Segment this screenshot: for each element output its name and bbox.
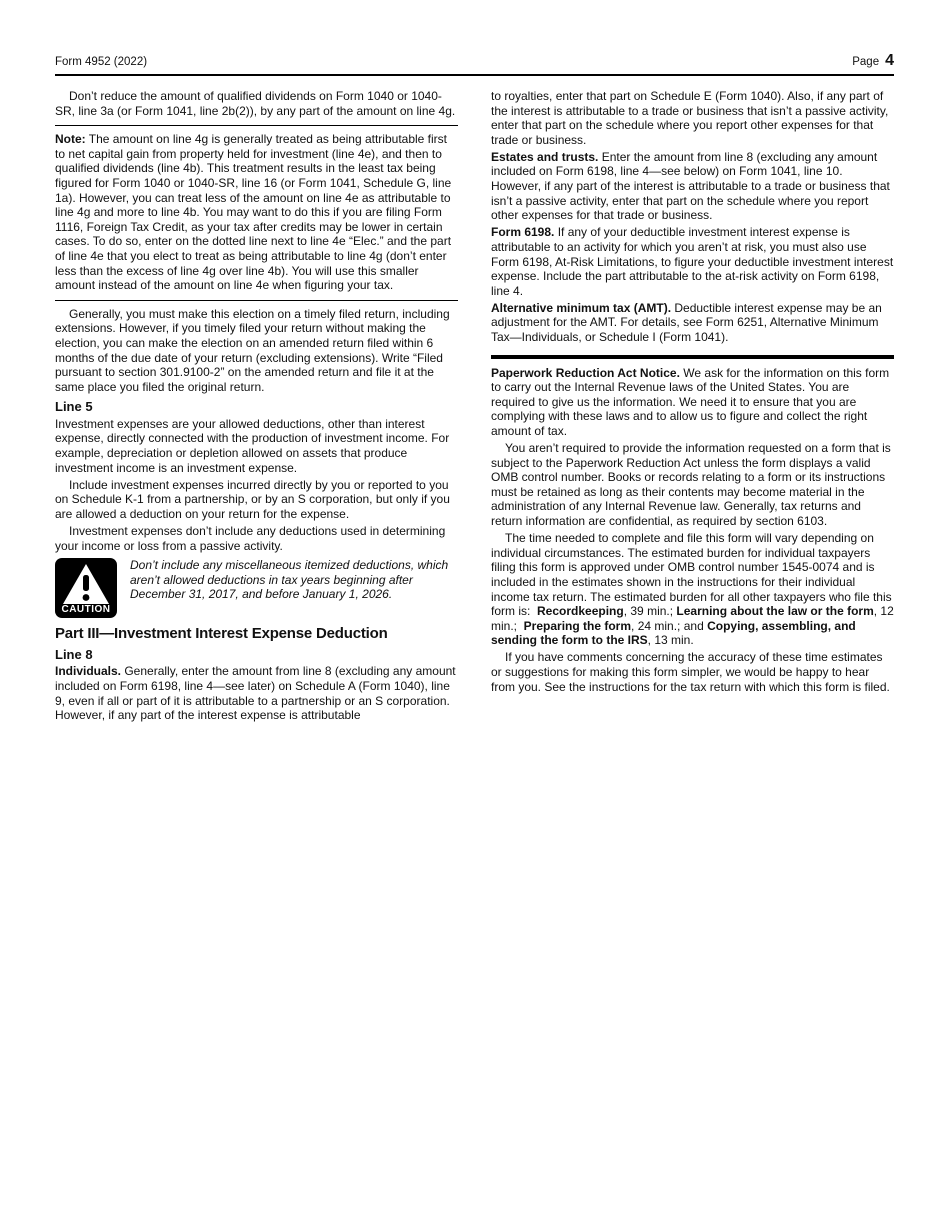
paragraph: Individuals. Generally, enter the amount… xyxy=(55,664,458,722)
text-run: Generally, you must make this election o… xyxy=(55,307,450,394)
text-run: You aren’t required to provide the infor… xyxy=(491,441,891,528)
page-label: Page xyxy=(852,56,879,68)
italic-text-run: Don’t include any miscellaneous itemized… xyxy=(130,558,448,601)
line-heading: Line 5 xyxy=(55,400,458,415)
caution-icon: CAUTION xyxy=(55,558,117,618)
part-heading: Part III—Investment Interest Expense Ded… xyxy=(55,627,458,642)
caution-text: Don’t include any miscellaneous itemized… xyxy=(130,558,458,602)
paragraph: Don’t reduce the amount of qualified div… xyxy=(55,89,458,118)
caution-note: CAUTIONDon’t include any miscellaneous i… xyxy=(55,558,458,618)
paragraph: to royalties, enter that part on Schedul… xyxy=(491,89,894,147)
paragraph: Form 6198. If any of your deductible inv… xyxy=(491,225,894,298)
paragraph: Paperwork Reduction Act Notice. We ask f… xyxy=(491,366,894,439)
paragraph: Note: The amount on line 4g is generally… xyxy=(55,132,458,293)
paragraph: Investment expenses are your allowed ded… xyxy=(55,417,458,475)
paragraph: Alternative minimum tax (AMT). Deductibl… xyxy=(491,301,894,345)
text-run: Investment expenses are your allowed ded… xyxy=(55,417,449,475)
bold-text-run: Estates and trusts. xyxy=(491,150,598,164)
text-run: , 24 min.; and xyxy=(631,619,707,633)
page-number: 4 xyxy=(885,52,894,69)
paragraph: If you have comments concerning the accu… xyxy=(491,650,894,694)
text-run: The amount on line 4g is generally treat… xyxy=(55,132,451,292)
text-run: , 13 min. xyxy=(648,633,694,647)
bold-text-run: Preparing the form xyxy=(524,619,631,633)
text-run: , 39 min.; xyxy=(624,604,677,618)
left-column: Don’t reduce the amount of qualified div… xyxy=(55,89,458,725)
bold-text-run: Individuals. xyxy=(55,664,121,678)
bold-text-run: Paperwork Reduction Act Notice. xyxy=(491,366,680,380)
paragraph: You aren’t required to provide the infor… xyxy=(491,441,894,529)
paragraph: The time needed to complete and file thi… xyxy=(491,531,894,648)
section-divider xyxy=(55,300,458,301)
two-column-body: Don’t reduce the amount of qualified div… xyxy=(55,89,894,725)
bold-text-run: Learning about the law or the form xyxy=(676,604,873,618)
line-heading: Line 8 xyxy=(55,648,458,663)
page-header: Form 4952 (2022) Page4 xyxy=(55,52,894,70)
text-run: to royalties, enter that part on Schedul… xyxy=(491,89,888,147)
document-page: Form 4952 (2022) Page4 Don’t reduce the … xyxy=(0,0,950,725)
right-column: to royalties, enter that part on Schedul… xyxy=(491,89,894,725)
paragraph: Estates and trusts. Enter the amount fro… xyxy=(491,150,894,223)
text-run: Don’t reduce the amount of qualified div… xyxy=(55,89,455,118)
heavy-section-divider xyxy=(491,355,894,359)
caution-icon-label: CAUTION xyxy=(61,603,110,616)
page-indicator: Page4 xyxy=(852,52,894,70)
bold-text-run: Recordkeeping xyxy=(537,604,624,618)
paragraph: Generally, you must make this election o… xyxy=(55,307,458,395)
bold-text-run: Form 6198. xyxy=(491,225,554,239)
bold-text-run: Note: xyxy=(55,132,86,146)
paragraph: Investment expenses don’t include any de… xyxy=(55,524,458,553)
text-run: Investment expenses don’t include any de… xyxy=(55,524,445,553)
text-run: If you have comments concerning the accu… xyxy=(491,650,890,693)
form-id: Form 4952 (2022) xyxy=(55,56,147,68)
header-rule xyxy=(55,74,894,76)
text-run: Include investment expenses incurred dir… xyxy=(55,478,450,521)
section-divider xyxy=(55,125,458,126)
paragraph: Include investment expenses incurred dir… xyxy=(55,478,458,522)
bold-text-run: Alternative minimum tax (AMT). xyxy=(491,301,671,315)
